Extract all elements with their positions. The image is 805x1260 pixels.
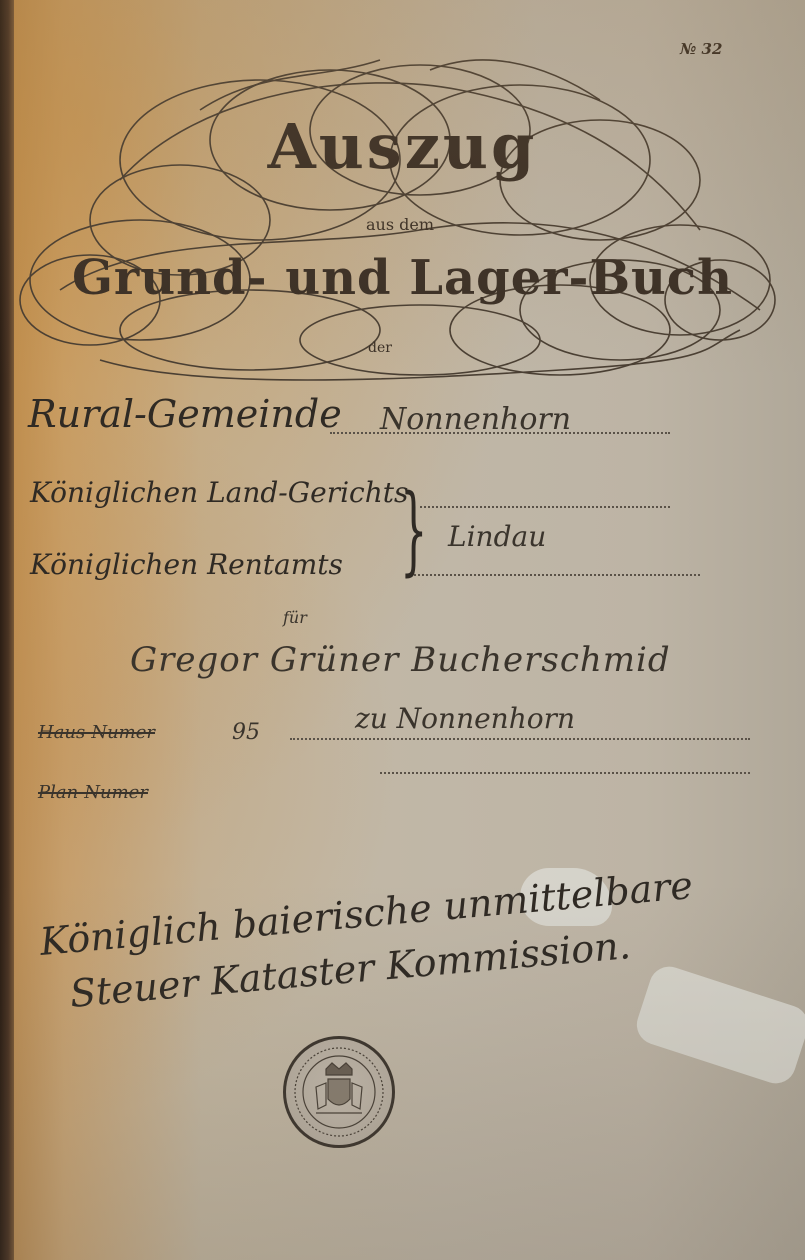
official-seal-icon	[283, 1036, 395, 1148]
landgericht-label: Königlichen Land-Gerichts	[30, 476, 408, 509]
house-number-label: Haus-Numer	[38, 722, 155, 743]
document-book-title: Grund- und Lager-Buch	[0, 250, 805, 306]
owner-prefix: für	[283, 608, 307, 627]
document-subtitle: aus dem	[300, 215, 500, 234]
plan-number-dotted-line	[380, 772, 750, 774]
document-page: № 32 Auszug aus dem Grund- und Lager-Buc…	[0, 0, 805, 1260]
house-number-dotted-line	[290, 738, 750, 740]
rentamt-dotted-line	[410, 574, 700, 576]
owner-name: Gregor Grüner Bucherschmid	[130, 640, 671, 680]
brace-symbol: }	[400, 482, 427, 578]
house-number-place: zu Nonnenhorn	[355, 702, 575, 735]
document-article: der	[350, 340, 410, 356]
gemeinde-label: Rural-Gemeinde	[28, 392, 342, 436]
landgericht-dotted-line	[420, 506, 670, 508]
document-title: Auszug	[0, 110, 805, 183]
rentamt-label: Königlichen Rentamts	[30, 548, 343, 581]
calligraphic-flourish-icon	[0, 30, 805, 390]
house-number-value: 95	[232, 720, 260, 745]
plan-number-label: Plan-Numer	[38, 782, 148, 803]
paper-damage	[632, 961, 805, 1088]
bracket-value: Lindau	[448, 520, 546, 553]
gemeinde-dotted-line	[330, 432, 670, 434]
